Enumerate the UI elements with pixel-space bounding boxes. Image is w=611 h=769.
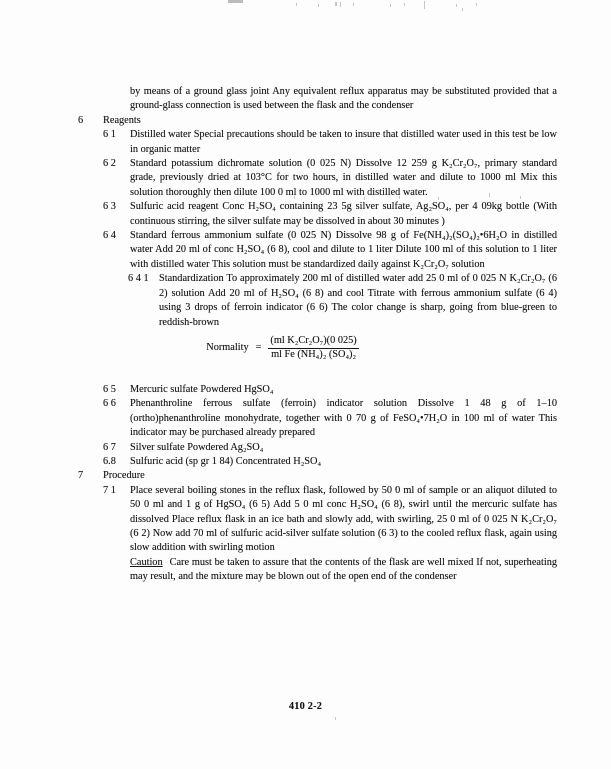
reagent-item-6-7: 6 7 Silver sulfate Powdered Ag₂SO₄	[68, 441, 557, 455]
reagent-item-6-5: 6 5 Mercuric sulfate Powdered HgSO₄	[68, 383, 557, 397]
scan-speck	[424, 1, 425, 9]
scan-speck	[404, 3, 405, 6]
scan-speck	[335, 717, 336, 720]
item-text: Mercuric sulfate Powdered HgSO₄	[130, 384, 273, 395]
procedure-item-7-1: 7 1 Place several boiling stones in the …	[68, 484, 557, 556]
scan-speck	[462, 8, 463, 11]
item-number: 7 1	[103, 484, 116, 498]
section-title: Reagents	[103, 115, 141, 126]
item-number: 6 4	[103, 229, 116, 243]
item-text: Distilled water Special precautions shou…	[130, 129, 557, 154]
item-number: 6.8	[103, 455, 116, 469]
item-number: 6 7	[103, 441, 116, 455]
scan-artifact-bar	[228, 0, 243, 3]
item-number: 6 4 1	[128, 272, 149, 286]
equation-lhs: Normality	[206, 341, 248, 355]
item-text: Standard ferrous ammonium sulfate (0 025…	[130, 230, 557, 270]
caution-text: Care must be taken to assure that the co…	[130, 557, 557, 582]
section-procedure-heading: 7 Procedure	[68, 469, 557, 483]
reagent-item-6-6: 6 6 Phenanthroline ferrous sulfate (ferr…	[68, 397, 557, 440]
section-reagents-heading: 6 Reagents	[68, 114, 557, 128]
scan-speck	[318, 4, 319, 7]
document-page: by means of a ground glass joint Any equ…	[0, 0, 611, 769]
page-content: by means of a ground glass joint Any equ…	[68, 85, 557, 585]
scan-speck	[296, 3, 297, 6]
caution-label: Caution	[130, 557, 163, 568]
reagent-item-6-4: 6 4 Standard ferrous ammonium sulfate (0…	[68, 229, 557, 272]
scan-speck	[390, 4, 391, 7]
item-number: 6 5	[103, 383, 116, 397]
reagent-item-6-2: 6 2 Standard potassium dichromate soluti…	[68, 157, 557, 200]
scan-speck	[340, 2, 341, 7]
fraction-numerator: (ml K₂Cr₂O₇)(0 025)	[268, 335, 358, 349]
reagent-item-6-1: 6 1 Distilled water Special precautions …	[68, 128, 557, 157]
item-number: 6 6	[103, 397, 116, 411]
scan-speck	[335, 2, 337, 6]
equals-sign: =	[256, 341, 262, 355]
reagent-item-6-8: 6.8 Sulfuric acid (sp gr 1 84) Concentra…	[68, 455, 557, 469]
item-number: 6 2	[103, 157, 116, 171]
section-number: 7	[78, 469, 83, 483]
item-text: Standardization To approximately 200 ml …	[159, 273, 557, 327]
page-number: 410 2-2	[0, 700, 611, 714]
fraction-denominator: ml Fe (NH₄)₂ (SO₄)₂	[271, 349, 356, 362]
section-number: 6	[78, 114, 83, 128]
item-text: Sulfuric acid (sp gr 1 84) Concentrated …	[130, 456, 321, 467]
reagent-item-6-3: 6 3 Sulfuric acid reagent Conc H₂SO₄ con…	[68, 200, 557, 229]
scan-speck	[476, 3, 477, 6]
item-text: Sulfuric acid reagent Conc H₂SO₄ contain…	[130, 201, 557, 226]
item-text: Standard potassium dichromate solution (…	[130, 158, 557, 198]
section-title: Procedure	[103, 470, 145, 481]
scan-speck	[456, 4, 457, 7]
caution-paragraph: CautionCare must be taken to assure that…	[68, 556, 557, 585]
reagent-item-6-4-1: 6 4 1 Standardization To approximately 2…	[68, 272, 557, 330]
item-number: 6 3	[103, 200, 116, 214]
intro-paragraph: by means of a ground glass joint Any equ…	[130, 85, 557, 114]
item-number: 6 1	[103, 128, 116, 142]
equation-fraction: (ml K₂Cr₂O₇)(0 025) ml Fe (NH₄)₂ (SO₄)₂	[268, 335, 358, 362]
scan-speck	[353, 3, 354, 6]
item-text: Phenanthroline ferrous sulfate (ferroin)…	[130, 398, 557, 438]
item-text: Silver sulfate Powdered Ag₂SO₄	[130, 442, 263, 453]
normality-equation: Normality = (ml K₂Cr₂O₇)(0 025) ml Fe (N…	[68, 335, 497, 362]
item-text: Place several boiling stones in the refl…	[130, 485, 557, 554]
